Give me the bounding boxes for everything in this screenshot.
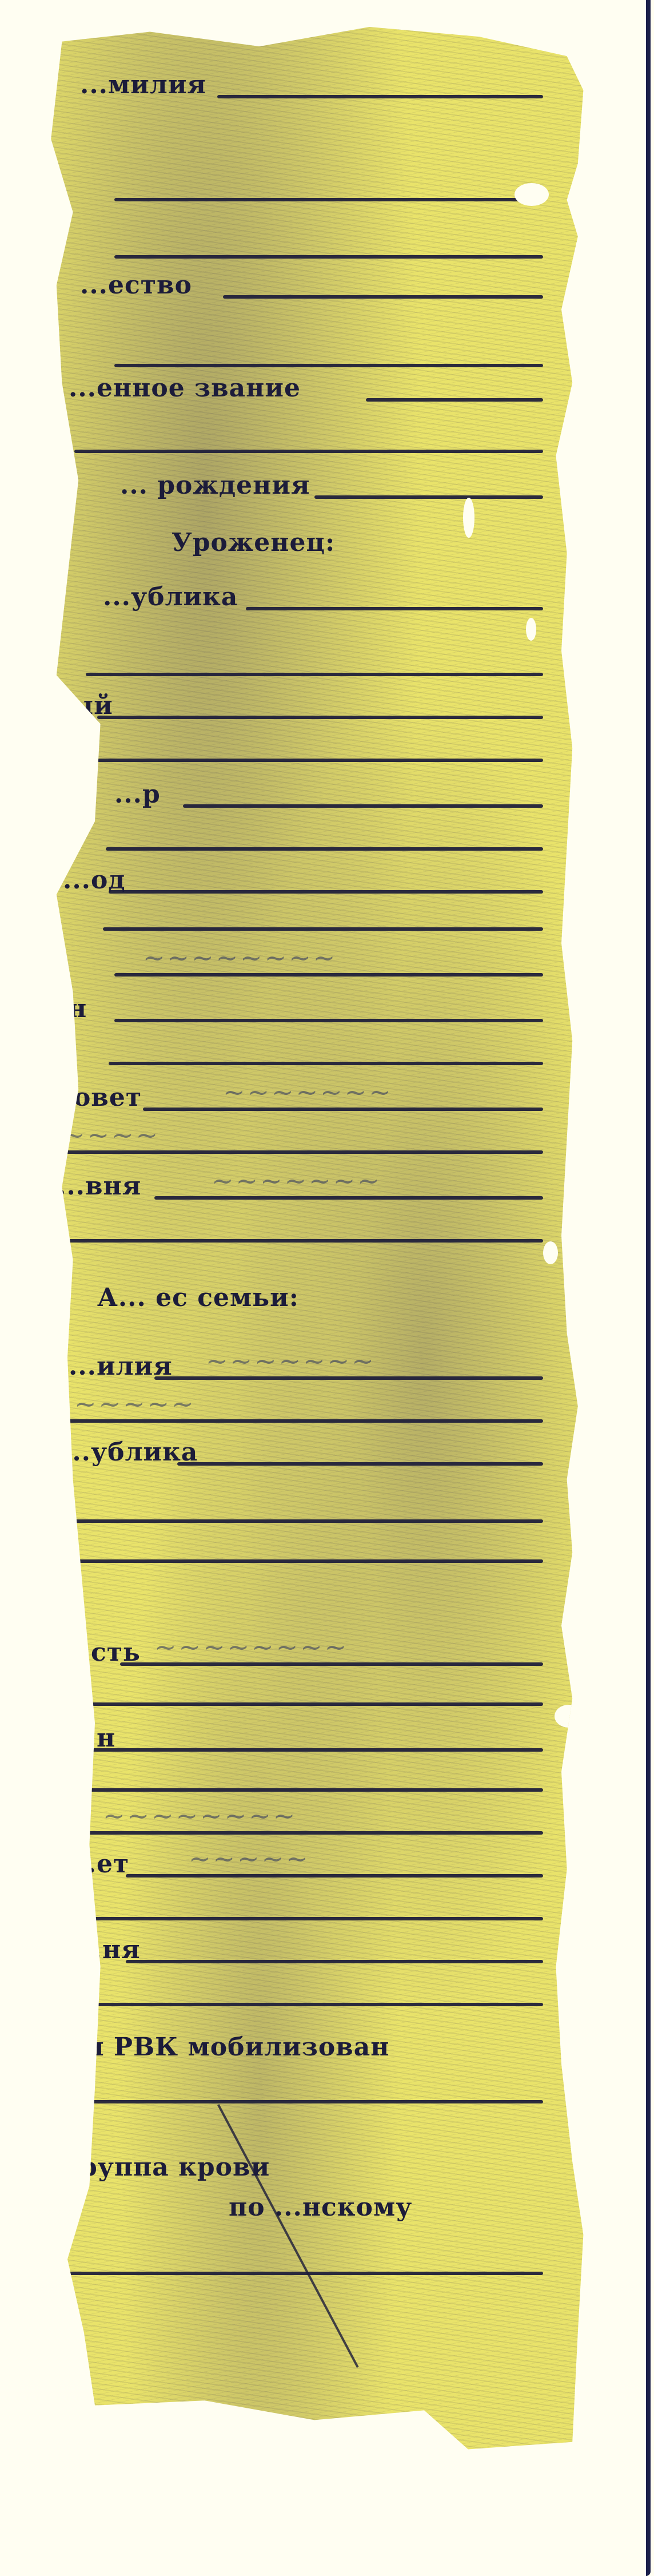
field-row	[40, 2245, 589, 2280]
field-row-region: ...ый	[40, 689, 589, 724]
section-heading: А... ес семьи:	[97, 1283, 299, 1312]
rule-line	[126, 1960, 543, 1963]
field-row-family-soviet: ...ет ~~~~~	[40, 1848, 589, 1882]
field-row	[40, 2074, 589, 2108]
field-label: ...ество	[80, 271, 192, 300]
field-row	[40, 1762, 589, 1796]
rule-line	[91, 2003, 543, 2006]
field-row	[40, 1976, 589, 2011]
document-paper: ...милия ...ество ...енное звание ... ро…	[40, 17, 589, 2454]
rule-line	[63, 2100, 543, 2103]
rule-line	[63, 1150, 543, 1154]
rule-line	[154, 1196, 543, 1200]
rule-line	[74, 1519, 543, 1523]
rule-line	[63, 1419, 543, 1423]
scan-border-inner	[645, 0, 646, 2576]
field-label: ...руппа крови	[51, 2153, 270, 2182]
field-row-family-surname: ...илия ~~~~~~~	[40, 1350, 589, 1384]
paper-hole	[515, 183, 549, 206]
field-row	[40, 1035, 589, 1070]
handwritten-entry: ~~~~~~~	[212, 1165, 382, 1196]
field-row-family-district: ...н	[40, 1722, 589, 1756]
rule-line	[109, 890, 543, 894]
rule-line	[106, 847, 543, 851]
field-row-patronymic: ...ество	[40, 269, 589, 303]
rule-line	[143, 1108, 543, 1111]
rule-line	[183, 804, 543, 808]
field-label: ...и РВК мобилизован	[57, 2033, 389, 2062]
field-row-family-republic: ...ублика	[40, 1436, 589, 1470]
rule-line	[177, 1462, 543, 1466]
rule-line	[120, 1662, 543, 1666]
handwritten-entry: ~~~~~~~~	[103, 1800, 297, 1831]
paper-hole	[463, 498, 474, 538]
field-row	[40, 732, 589, 767]
field-row-surname: ...милия	[40, 69, 589, 103]
field-row	[40, 172, 589, 206]
field-row-district: ...р	[40, 778, 589, 812]
field-label: по ...нскому	[229, 2193, 412, 2222]
handwritten-entry: ~~~~~	[189, 1843, 310, 1874]
handwritten-entry: ~~~~~~~	[206, 1345, 376, 1376]
paper-hole	[555, 1705, 583, 1728]
field-row-republic: ...ублика	[40, 581, 589, 615]
field-label: ...милия	[80, 70, 206, 100]
field-row	[40, 1493, 589, 1527]
rule-line	[74, 450, 543, 453]
field-row-family-village: ...ня	[40, 1934, 589, 1968]
field-row-by-system: по ...нскому	[40, 2191, 589, 2225]
field-row-family-region: ...сть ~~~~~~~~	[40, 1636, 589, 1670]
field-row-n: ...н	[40, 993, 589, 1027]
rule-line	[109, 1062, 543, 1065]
field-row	[40, 338, 589, 372]
rule-line	[366, 398, 543, 402]
rule-line	[126, 1874, 543, 1878]
handwritten-entry: ~~~~~	[74, 1388, 196, 1419]
field-row-birth-year: ... рождения	[40, 469, 589, 503]
field-row	[40, 1676, 589, 1710]
field-row	[40, 646, 589, 681]
rule-line	[114, 364, 543, 367]
field-row	[40, 229, 589, 263]
field-row-soviet: ...овет ~~~~~~~	[40, 1081, 589, 1116]
field-label: ...ет	[69, 1849, 129, 1879]
rule-line	[246, 607, 543, 610]
field-row: ~~~~~~~~	[40, 1805, 589, 1839]
rule-line	[80, 1788, 543, 1792]
paper-hole	[526, 618, 536, 641]
field-row	[40, 1891, 589, 1925]
field-row	[40, 423, 589, 458]
field-label: ...вня	[57, 1172, 141, 1201]
field-row	[40, 901, 589, 935]
field-row: ~~~~~~~~	[40, 947, 589, 981]
rule-line	[63, 1239, 543, 1243]
rule-line	[97, 759, 543, 762]
rule-line	[114, 198, 543, 201]
field-row-family-address: А... ес семьи:	[40, 1281, 589, 1316]
field-label: ...овет	[46, 1083, 142, 1112]
field-label: ...н	[40, 994, 87, 1023]
rule-line	[74, 1917, 543, 1920]
field-label: ...р	[114, 780, 161, 809]
field-row	[40, 821, 589, 855]
rule-line	[114, 255, 543, 259]
field-row	[40, 1213, 589, 1247]
rule-line	[63, 2272, 543, 2275]
field-label: ... рождения	[120, 471, 310, 500]
rule-line	[314, 495, 543, 499]
rule-line	[74, 1702, 543, 1706]
rule-line	[217, 95, 543, 98]
rule-line	[103, 927, 543, 931]
field-row-mobilized: ...и РВК мобилизован	[40, 2031, 589, 2065]
handwritten-entry: ~~~~~~~~	[143, 942, 337, 973]
rule-line	[114, 973, 543, 977]
rule-line	[154, 1376, 543, 1380]
field-row-city: ...од	[40, 864, 589, 898]
rule-line	[223, 295, 543, 299]
field-row: ~~~~	[40, 1124, 589, 1158]
field-label: ...енное звание	[69, 374, 301, 403]
field-label: ...ублика	[103, 582, 238, 612]
field-row-blood-group: ...руппа крови	[40, 2151, 589, 2185]
field-row: ~~~~~	[40, 1393, 589, 1427]
field-row-native: Уроженец:	[40, 526, 589, 561]
scan-border	[646, 0, 651, 2576]
fold-crease	[217, 2104, 359, 2368]
handwritten-entry: ~~~~~~~~	[154, 1632, 349, 1662]
rule-line	[114, 1019, 543, 1022]
rule-line	[74, 1559, 543, 1563]
rule-line	[86, 673, 543, 676]
paper-hole	[543, 1241, 558, 1264]
handwritten-entry: ~~~~	[63, 1120, 160, 1150]
rule-line	[80, 1831, 543, 1835]
rule-line	[97, 716, 543, 719]
field-row-rank: ...енное звание	[40, 372, 589, 406]
handwritten-entry: ~~~~~~~	[223, 1077, 393, 1108]
field-row	[40, 1533, 589, 1567]
field-row-village: ...вня ~~~~~~~	[40, 1170, 589, 1204]
section-heading: Уроженец:	[172, 528, 335, 557]
rule-line	[91, 1748, 543, 1752]
